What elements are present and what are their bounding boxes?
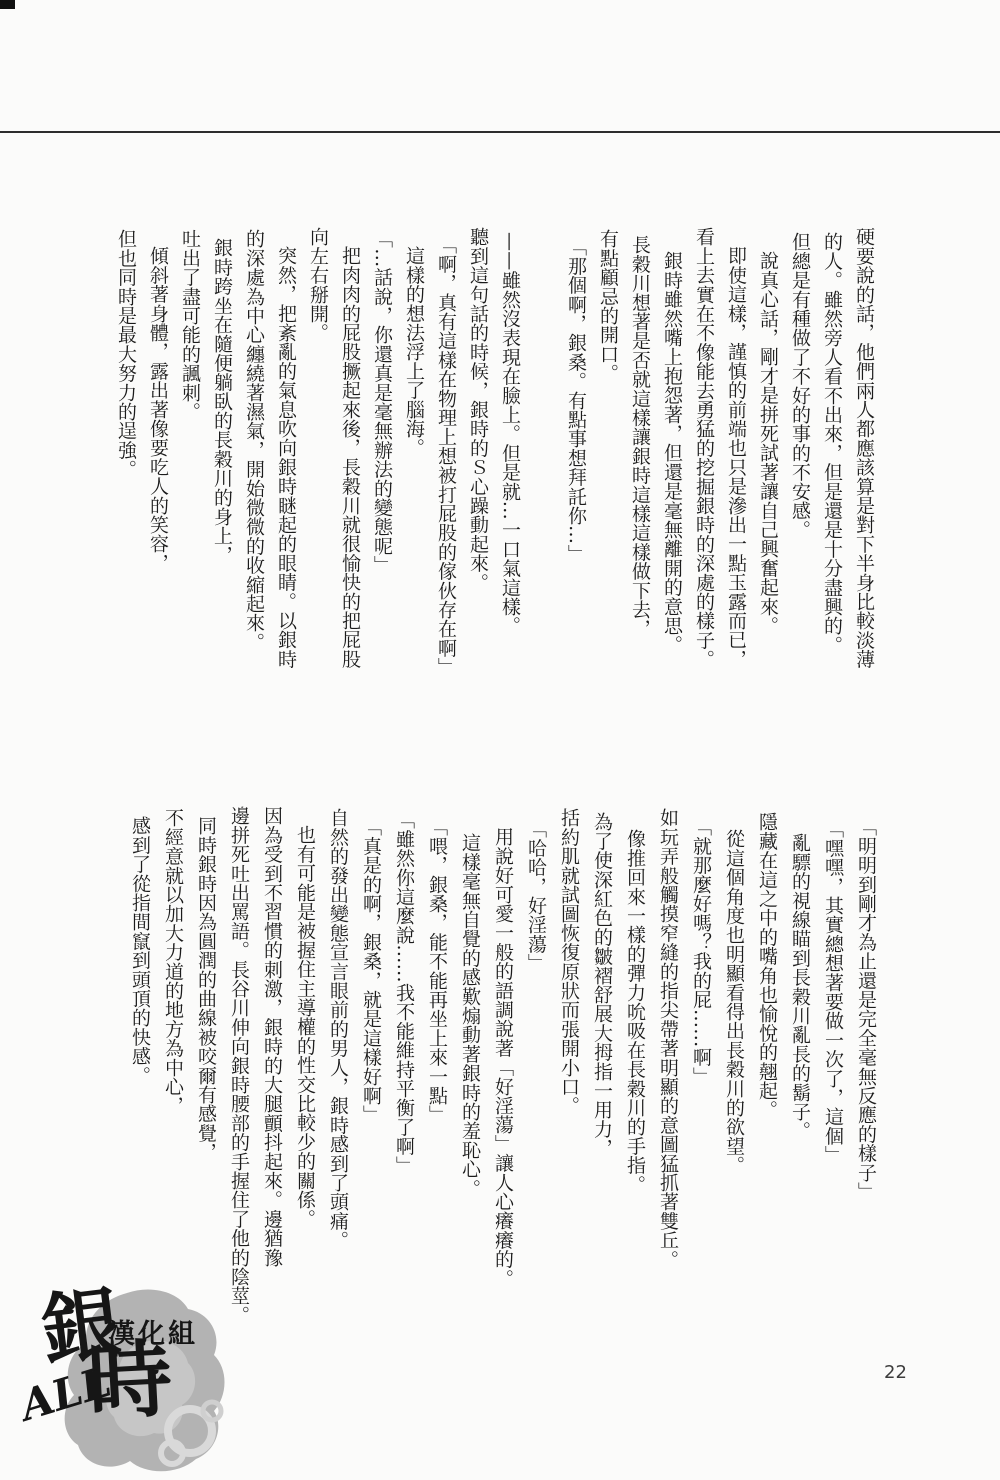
text-column: 長穀川想著是否就這樣讓銀時這樣這樣做下去， [624,227,656,689]
text-column: 邊拼死吐出罵語。長谷川伸向銀時腰部的手握住了他的陰莖。 [222,806,255,1338]
lower-text-block: 「明明到剛才為止還是完全毫無反應的樣子」「嘿嘿，其實總想著要做一次了，這個」亂驃… [123,806,882,1338]
text-column: 突然，把紊亂的氣息吹向銀時瞇起的眼睛。以銀時 [270,227,302,689]
text-column: ——雖然沒表現在臉上。但是就…一口氣這樣。 [494,227,526,689]
text-column: 感到了從指間竄到頭頂的快感。 [123,806,156,1338]
text-column: 聽到這句話的時候，銀時的Ｓ心躁動起來。 [462,227,494,689]
text-column: 「那個啊，銀桑。有點事想拜託你…」 [560,227,592,689]
text-column: 但總是有種做了不好的事的不安感。 [784,227,816,689]
text-column: 向左右掰開。 [302,227,334,689]
text-column: 銀時雖然嘴上抱怨著，但還是毫無離開的意思。 [656,227,688,689]
text-column: 的深處為中心纏繞著濕氣，開始微微的收縮起來。 [238,227,270,689]
text-column: 亂驃的視線瞄到長穀川亂長的鬍子。 [783,806,816,1338]
text-column: 隱藏在這之中的嘴角也愉悅的翹起。 [750,806,783,1338]
text-column: 硬要說的話，他們兩人都應該算是對下半身比較淡薄 [848,227,880,689]
text-column: 為了使深紅色的皺褶舒展大拇指一用力， [585,806,618,1338]
text-column: 有點顧忌的開口。 [592,227,624,689]
text-column: 因為受到不習慣的刺激，銀時的大腿顫抖起來。邊猶豫 [255,806,288,1338]
text-column: 括約肌就試圖恢復原狀而張開小口。 [552,806,585,1338]
text-column: 「就那麼好嗎？我的屁……啊」 [684,806,717,1338]
text-column: 「明明到剛才為止還是完全毫無反應的樣子」 [849,806,882,1338]
text-column: 用說好可愛一般的語調說著「好淫蕩」讓人心癢癢的。 [486,806,519,1338]
text-column: 也有可能是被握住主導權的性交比較少的關係。 [288,806,321,1338]
text-column: 這樣毫無自覺的感歎煽動著銀時的羞恥心。 [453,806,486,1338]
scanlation-group-logo: 銀 時 漢化組 ALL [22,1283,240,1480]
logo-group-subtitle: 漢化組 [108,1321,198,1348]
top-divider-line [0,131,1000,133]
text-column: 「哈哈，好淫蕩」 [519,806,552,1338]
text-column: 看上去實在不像能去勇猛的挖掘銀時的深處的樣子。 [688,227,720,689]
scan-corner-mark [0,0,15,9]
text-column: 像推回來一樣的彈力吮吸在長穀川的手指。 [618,806,651,1338]
text-column: 同時銀時因為圓潤的曲線被咬爾有感覺， [189,806,222,1338]
text-column: 自然的發出變態宣言眼前的男人，銀時感到了頭痛。 [321,806,354,1338]
text-column: 「啊，真有這樣在物理上想被打屁股的傢伙存在啊」 [430,227,462,689]
text-column: 吐出了盡可能的諷刺。 [174,227,206,689]
text-column: 「嘿嘿，其實總想著要做一次了，這個」 [816,806,849,1338]
text-column: 如玩弄般觸摸窄縫的指尖帶著明顯的意圖猛抓著雙丘。 [651,806,684,1338]
page-number: 22 [884,1362,907,1383]
text-column: 「雖然你這麼說……我不能維持平衡了啊」 [387,806,420,1338]
text-column: 說真心話，剛才是拼死試著讓自己興奮起來。 [752,227,784,689]
text-column: 這樣的想法浮上了腦海。 [398,227,430,689]
text-column: 銀時跨坐在隨便躺臥的長穀川的身上， [206,227,238,689]
text-column: 把肉肉的屁股撅起來後，長穀川就很愉快的把屁股 [334,227,366,689]
text-column: 從這個角度也明顯看得出長穀川的欲望。 [717,806,750,1338]
manga-text-page: 硬要說的話，他們兩人都應該算是對下半身比較淡薄的人。雖然旁人看不出來，但是還是十… [0,0,1000,1480]
text-column: 傾斜著身體，露出著像要吃人的笑容， [142,227,174,689]
text-column: 「真是的啊，銀桑，就是這樣好啊」 [354,806,387,1338]
text-column: 「…話說，你還真是毫無辦法的變態呢」 [366,227,398,689]
text-column: 的人。雖然旁人看不出來，但是還是十分盡興的。 [816,227,848,689]
text-column: 不經意就以加大力道的地方為中心， [156,806,189,1338]
upper-text-block: 硬要說的話，他們兩人都應該算是對下半身比較淡薄的人。雖然旁人看不出來，但是還是十… [110,227,880,689]
text-column: 但也同時是最大努力的逞強。 [110,227,142,689]
text-column: 「喂，銀桑，能不能再坐上來一點」 [420,806,453,1338]
text-column: 即使這樣，謹慎的前端也只是滲出一點玉露而已， [720,227,752,689]
